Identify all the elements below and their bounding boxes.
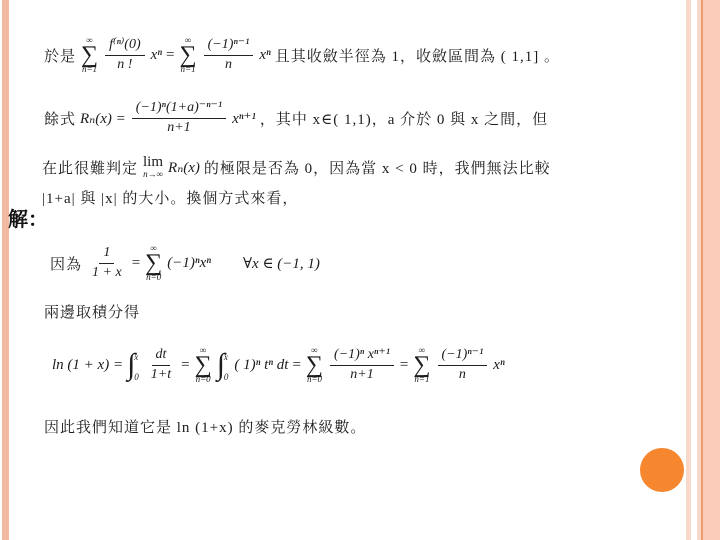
fraction-one-over-1px: 1 1 + x bbox=[88, 245, 126, 280]
equals-sign: = bbox=[181, 357, 189, 374]
fraction-denominator: n+1 bbox=[163, 119, 194, 136]
slide: 於是 ∞ ∑ n=1 f⁽ⁿ⁾(0) n ! xⁿ = ∞ ∑ n=1 (−1)… bbox=[0, 0, 720, 540]
integral-limits: x 0 bbox=[224, 352, 229, 382]
remainder-expression: Rₙ(x) bbox=[168, 158, 200, 177]
fraction-integrated-term: (−1)ⁿ xⁿ⁺¹ n+1 bbox=[330, 347, 394, 382]
fraction-denominator: n ! bbox=[113, 56, 136, 73]
text-integrate-both-sides: 兩邊取積分得 bbox=[44, 301, 140, 322]
fraction-denominator: n+1 bbox=[346, 366, 377, 383]
summation-3: ∞ ∑ n=1 bbox=[413, 346, 430, 384]
integral-lower: 0 bbox=[134, 372, 139, 382]
fraction-alternating-term: (−1)ⁿ⁻¹ n bbox=[204, 37, 254, 72]
summation-2: ∞ ∑ n=0 bbox=[306, 346, 323, 384]
text-line-integrate: 兩邊取積分得 bbox=[42, 300, 142, 322]
sigma-symbol: ∑ bbox=[145, 253, 162, 273]
sum-lower-limit: n=1 bbox=[181, 65, 196, 74]
fraction-numerator: dt bbox=[152, 347, 171, 365]
fraction-numerator: (−1)ⁿ⁻¹ bbox=[204, 37, 254, 55]
fraction-numerator: 1 bbox=[99, 245, 114, 263]
limit-operator: lim n→∞ bbox=[143, 155, 163, 179]
integral-upper: x bbox=[224, 352, 229, 362]
integrand-term: ( 1)ⁿ tⁿ dt bbox=[234, 357, 288, 374]
fraction-numerator: (−1)ⁿ(1+a)⁻ⁿ⁻¹ bbox=[132, 100, 226, 118]
fraction-dt-over-1pt: dt 1+t bbox=[147, 347, 175, 382]
text-convergence-radius: 且其收斂半徑為 1，收斂區間為 ( 1,1] 。 bbox=[275, 45, 560, 66]
formula-line-series-definition: 於是 ∞ ∑ n=1 f⁽ⁿ⁾(0) n ! xⁿ = ∞ ∑ n=1 (−1)… bbox=[42, 30, 562, 80]
x-power-n: xⁿ bbox=[259, 47, 270, 64]
formula-line-limit: 在此很難判定 lim n→∞ Rₙ(x) 的極限是否為 0，因為當 x < 0 … bbox=[40, 150, 553, 184]
equals-sign: = bbox=[132, 255, 140, 272]
fraction-numerator: f⁽ⁿ⁾(0) bbox=[105, 37, 145, 55]
text-maclaurin-conclusion: 因此我們知道它是 ln (1+x) 的麥克勞林級數。 bbox=[44, 416, 366, 437]
sigma-symbol: ∑ bbox=[413, 355, 430, 375]
fraction-denominator: 1+t bbox=[147, 366, 175, 383]
text-line-comparison: |1+a| 與 |x| 的大小。換個方式來看， bbox=[40, 186, 300, 208]
formula-line-remainder: 餘式 Rₙ(x) = (−1)ⁿ(1+a)⁻ⁿ⁻¹ n+1 xⁿ⁺¹ ，其中 x… bbox=[42, 92, 550, 144]
integral-upper: x bbox=[134, 352, 139, 362]
ln-lhs: ln (1 + x) = bbox=[52, 357, 123, 374]
sigma-symbol: ∑ bbox=[306, 355, 323, 375]
fraction-denominator: 1 + x bbox=[88, 264, 126, 281]
text-line-conclusion: 因此我們知道它是 ln (1+x) 的麥克勞林級數。 bbox=[42, 414, 368, 438]
left-border-stripe bbox=[2, 0, 9, 540]
equals-sign: = bbox=[292, 357, 300, 374]
sum-lower-limit: n=0 bbox=[146, 273, 161, 282]
fraction-final-term: (−1)ⁿ⁻¹ n bbox=[438, 347, 488, 382]
integral-2: ∫ x 0 bbox=[217, 350, 231, 380]
series-term: (−1)ⁿxⁿ bbox=[167, 255, 211, 272]
fraction-remainder: (−1)ⁿ(1+a)⁻ⁿ⁻¹ n+1 bbox=[132, 100, 226, 135]
integral-lower: 0 bbox=[224, 372, 229, 382]
right-border-stripe-1 bbox=[686, 0, 691, 540]
lim-subscript: n→∞ bbox=[143, 170, 163, 179]
x-power-n: xⁿ bbox=[151, 47, 162, 64]
summation: ∞ ∑ n=0 bbox=[145, 244, 162, 282]
sigma-symbol: ∑ bbox=[81, 45, 98, 65]
sum-lower-limit: n=0 bbox=[196, 375, 211, 384]
summation-1: ∞ ∑ n=1 bbox=[81, 36, 98, 74]
formula-line-integration: ln (1 + x) = ∫ x 0 dt 1+t = ∞ ∑ n=0 ∫ x … bbox=[50, 336, 507, 394]
forall-domain: ∀x ∈ (−1, 1) bbox=[243, 254, 320, 273]
sum-lower-limit: n=1 bbox=[414, 375, 429, 384]
right-border-band bbox=[703, 0, 720, 540]
sum-lower-limit: n=0 bbox=[307, 375, 322, 384]
fraction-denominator: n bbox=[455, 366, 470, 383]
equals-sign: = bbox=[166, 47, 174, 64]
equals-sign: = bbox=[400, 357, 408, 374]
text-compare-magnitudes: |1+a| 與 |x| 的大小。換個方式來看， bbox=[42, 187, 298, 208]
fraction-numerator: (−1)ⁿ⁻¹ bbox=[438, 347, 488, 365]
text-remainder-conditions: ，其中 x∈( 1,1)，a 介於 0 與 x 之間，但 bbox=[260, 108, 548, 129]
text-hard-to-determine: 在此很難判定 bbox=[42, 157, 138, 178]
sigma-symbol: ∑ bbox=[195, 355, 212, 375]
text-limit-is-zero: 的極限是否為 0，因為當 x < 0 時，我們無法比較 bbox=[204, 157, 551, 178]
sigma-symbol: ∑ bbox=[179, 45, 196, 65]
x-power-n-plus-1: xⁿ⁺¹ bbox=[232, 109, 256, 128]
fraction-denominator: n bbox=[221, 56, 236, 73]
text-remainder-label: 餘式 bbox=[44, 108, 76, 129]
summation-1: ∞ ∑ n=0 bbox=[195, 346, 212, 384]
fraction-taylor-coefficient: f⁽ⁿ⁾(0) n ! bbox=[105, 37, 145, 72]
summation-2: ∞ ∑ n=1 bbox=[179, 36, 196, 74]
accent-circle bbox=[640, 448, 684, 492]
solution-label: 解： bbox=[8, 203, 48, 232]
integral-1: ∫ x 0 bbox=[127, 350, 141, 380]
x-power-n: xⁿ bbox=[493, 357, 504, 374]
text-yushi: 於是 bbox=[44, 45, 76, 66]
formula-line-geometric-series: 因為 1 1 + x = ∞ ∑ n=0 (−1)ⁿxⁿ ∀x ∈ (−1, 1… bbox=[48, 238, 322, 288]
remainder-lhs: Rₙ(x) = bbox=[80, 109, 126, 128]
lim-word: lim bbox=[143, 155, 163, 170]
integral-limits: x 0 bbox=[134, 352, 139, 382]
fraction-numerator: (−1)ⁿ xⁿ⁺¹ bbox=[330, 347, 394, 365]
sum-lower-limit: n=1 bbox=[82, 65, 97, 74]
text-because: 因為 bbox=[50, 253, 82, 274]
